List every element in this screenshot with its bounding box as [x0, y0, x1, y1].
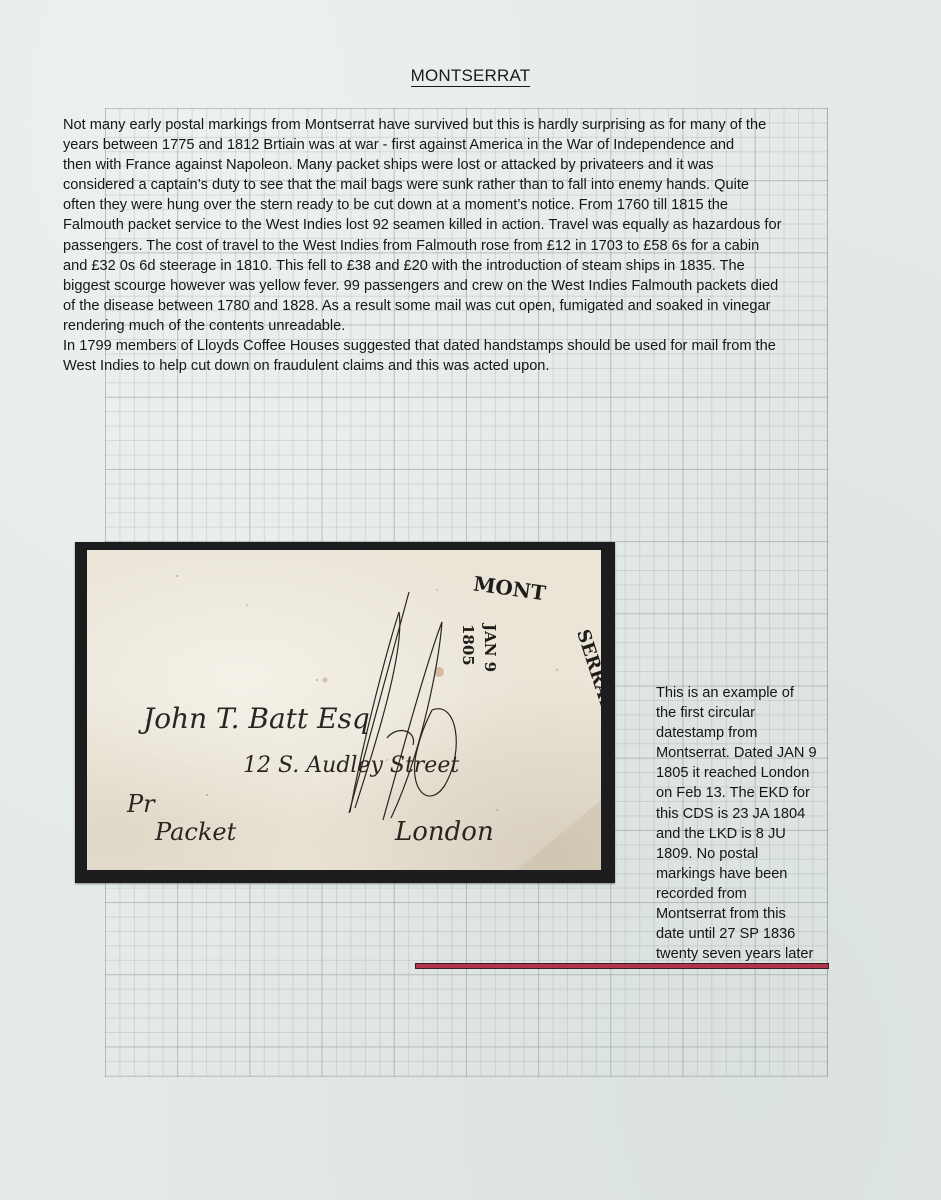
caption-line: markings have been	[656, 864, 836, 884]
caption-line: recorded from	[656, 884, 836, 904]
datestamp-right-text: SERRAT	[572, 627, 601, 713]
intro-line: often they were hung over the stern read…	[63, 195, 853, 215]
caption-line: the first circular	[656, 703, 836, 723]
address-line-name: John T. Batt Esq	[138, 702, 370, 735]
intro-line: rendering much of the contents unreadabl…	[63, 316, 853, 336]
red-divider-rule	[415, 963, 829, 969]
caption-line: This is an example of	[656, 683, 836, 703]
cover-artwork: MONT SERRAT JAN 9 1805 John T. Batt Esq …	[87, 550, 601, 870]
stain-mark	[323, 678, 328, 683]
intro-line: In 1799 members of Lloyds Coffee Houses …	[63, 336, 853, 356]
intro-line: and £32 0s 6d steerage in 1810. This fel…	[63, 256, 853, 276]
caption-line: and the LKD is 8 JU	[656, 824, 836, 844]
datestamp-date: JAN 9	[481, 622, 499, 672]
intro-line: of the disease between 1780 and 1828. As…	[63, 296, 853, 316]
caption-line: 1809. No postal	[656, 844, 836, 864]
address-line-city: London	[394, 817, 494, 847]
endorsement-initial: Pr	[126, 790, 156, 818]
datestamp-year: 1805	[459, 624, 477, 666]
caption-line: datestamp from	[656, 723, 836, 743]
caption-line: this CDS is 23 JA 1804	[656, 804, 836, 824]
intro-line: considered a captain’s duty to see that …	[63, 175, 853, 195]
endorsement-packet: Packet	[154, 818, 237, 846]
intro-line: biggest scourge however was yellow fever…	[63, 276, 853, 296]
montserrat-datestamp: MONT SERRAT JAN 9 1805	[459, 571, 601, 713]
address-line-street: 12 S. Audley Street	[243, 753, 459, 778]
intro-line: passengers. The cost of travel to the We…	[63, 236, 853, 256]
page-title: MONTSERRAT	[0, 66, 941, 86]
caption-line: twenty seven years later	[656, 944, 836, 964]
intro-line: years between 1775 and 1812 Brtiain was …	[63, 135, 853, 155]
stamp-mount: MONT SERRAT JAN 9 1805 John T. Batt Esq …	[75, 542, 615, 883]
intro-line: West Indies to help cut down on fraudule…	[63, 356, 853, 376]
entire-letter-cover: MONT SERRAT JAN 9 1805 John T. Batt Esq …	[87, 550, 601, 870]
caption-line: 1805 it reached London	[656, 763, 836, 783]
intro-line: Not many early postal markings from Mont…	[63, 115, 853, 135]
intro-text: Not many early postal markings from Mont…	[63, 115, 853, 376]
cover-caption: This is an example of the first circular…	[656, 683, 836, 964]
intro-line: then with France against Napoleon. Many …	[63, 155, 853, 175]
fold-shadow	[517, 800, 601, 870]
caption-line: Montserrat. Dated JAN 9	[656, 743, 836, 763]
datestamp-top-text: MONT	[472, 571, 547, 605]
caption-line: date until 27 SP 1836	[656, 924, 836, 944]
intro-line: Falmouth packet service to the West Indi…	[63, 215, 853, 235]
page-title-text: MONTSERRAT	[411, 66, 531, 87]
caption-line: on Feb 13. The EKD for	[656, 783, 836, 803]
caption-line: Montserrat from this	[656, 904, 836, 924]
